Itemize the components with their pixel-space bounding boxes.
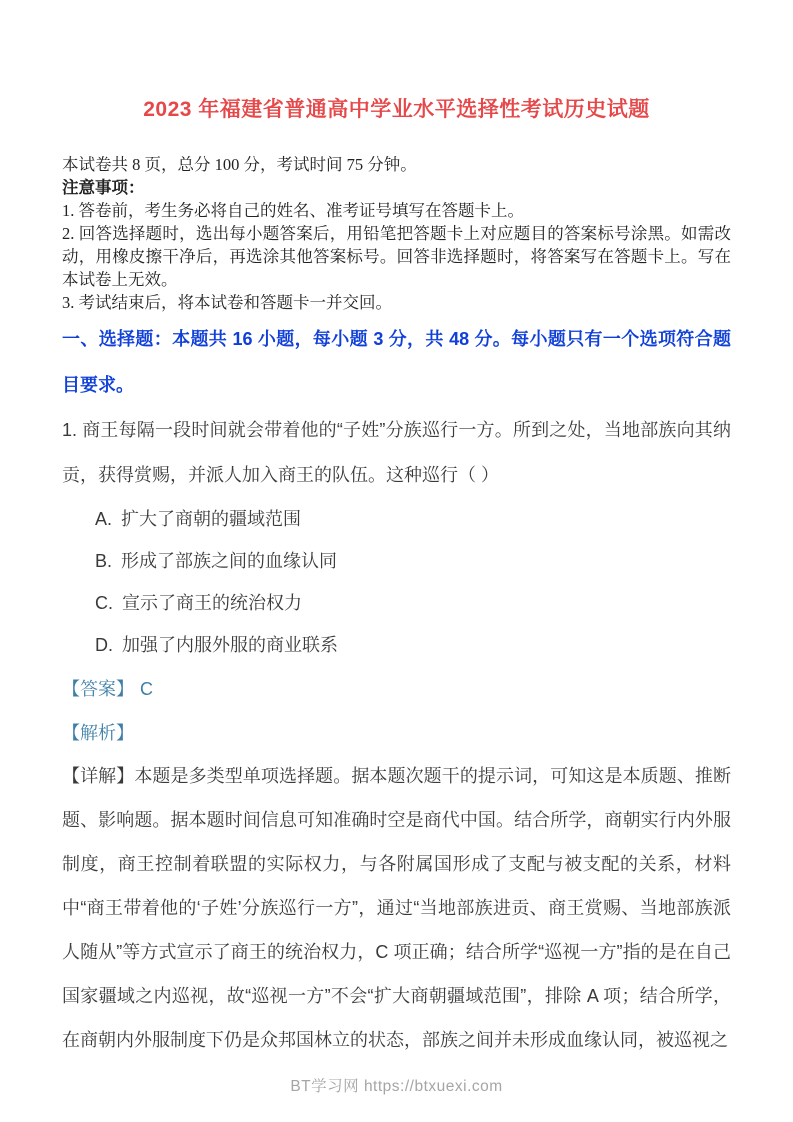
option-a-text: 扩大了商朝的疆域范围 <box>121 509 301 529</box>
analysis-label: 【解析】 <box>62 723 134 743</box>
page-title: 2023 年福建省普通高中学业水平选择性考试历史试题 <box>62 95 731 125</box>
exam-document-page: 2023 年福建省普通高中学业水平选择性考试历史试题 本试卷共 8 页，总分 1… <box>0 0 793 1062</box>
answer-label: 【答案】 <box>62 679 134 699</box>
option-c-label: C. <box>95 593 113 613</box>
watermark-footer: BT学习网 https://btxuexi.com <box>0 1074 793 1096</box>
site-name-and-url: BT学习网 https://btxuexi.com <box>290 1078 502 1095</box>
question-1-stem: 1. 商王每隔一段时间就会带着他的“子姓”分族巡行一方。所到之处，当地部族向其纳… <box>62 408 731 498</box>
option-d-label: D. <box>95 635 113 655</box>
notice-item-1: 1. 答卷前，考生务必将自己的姓名、准考证号填写在答题卡上。 <box>62 199 731 222</box>
option-b-label: B. <box>95 551 112 571</box>
question-1-option-d: D.加强了内服外服的商业联系 <box>95 624 731 666</box>
exam-info-line: 本试卷共 8 页，总分 100 分，考试时间 75 分钟。 <box>62 153 731 176</box>
answer-line: 【答案】C <box>62 669 731 710</box>
notice-heading: 注意事项： <box>62 176 731 199</box>
option-d-text: 加强了内服外服的商业联系 <box>122 635 338 655</box>
detail-text: 本题是多类型单项选择题。据本题次题干的提示词，可知这是本质题、推断题、影响题。据… <box>62 766 731 1050</box>
question-1-option-b: B.形成了部族之间的血缘认同 <box>95 540 731 582</box>
notice-item-3: 3. 考试结束后，将本试卷和答题卡一并交回。 <box>62 291 731 314</box>
detail-label: 【详解】 <box>62 766 134 786</box>
section-heading: 一、选择题：本题共 16 小题，每小题 3 分，共 48 分。每小题只有一个选项… <box>62 316 731 408</box>
option-c-text: 宣示了商王的统治权力 <box>122 593 302 613</box>
analysis-line: 【解析】 <box>62 713 731 754</box>
question-1-option-a: A.扩大了商朝的疆域范围 <box>95 498 731 540</box>
detail-paragraph: 【详解】本题是多类型单项选择题。据本题次题干的提示词，可知这是本质题、推断题、影… <box>62 754 731 1062</box>
option-b-text: 形成了部族之间的血缘认同 <box>121 551 337 571</box>
answer-value: C <box>140 679 153 699</box>
notice-item-2: 2. 回答选择题时，选出每小题答案后，用铅笔把答题卡上对应题目的答案标号涂黑。如… <box>62 222 731 291</box>
option-a-label: A. <box>95 509 112 529</box>
question-1-option-c: C.宣示了商王的统治权力 <box>95 582 731 624</box>
